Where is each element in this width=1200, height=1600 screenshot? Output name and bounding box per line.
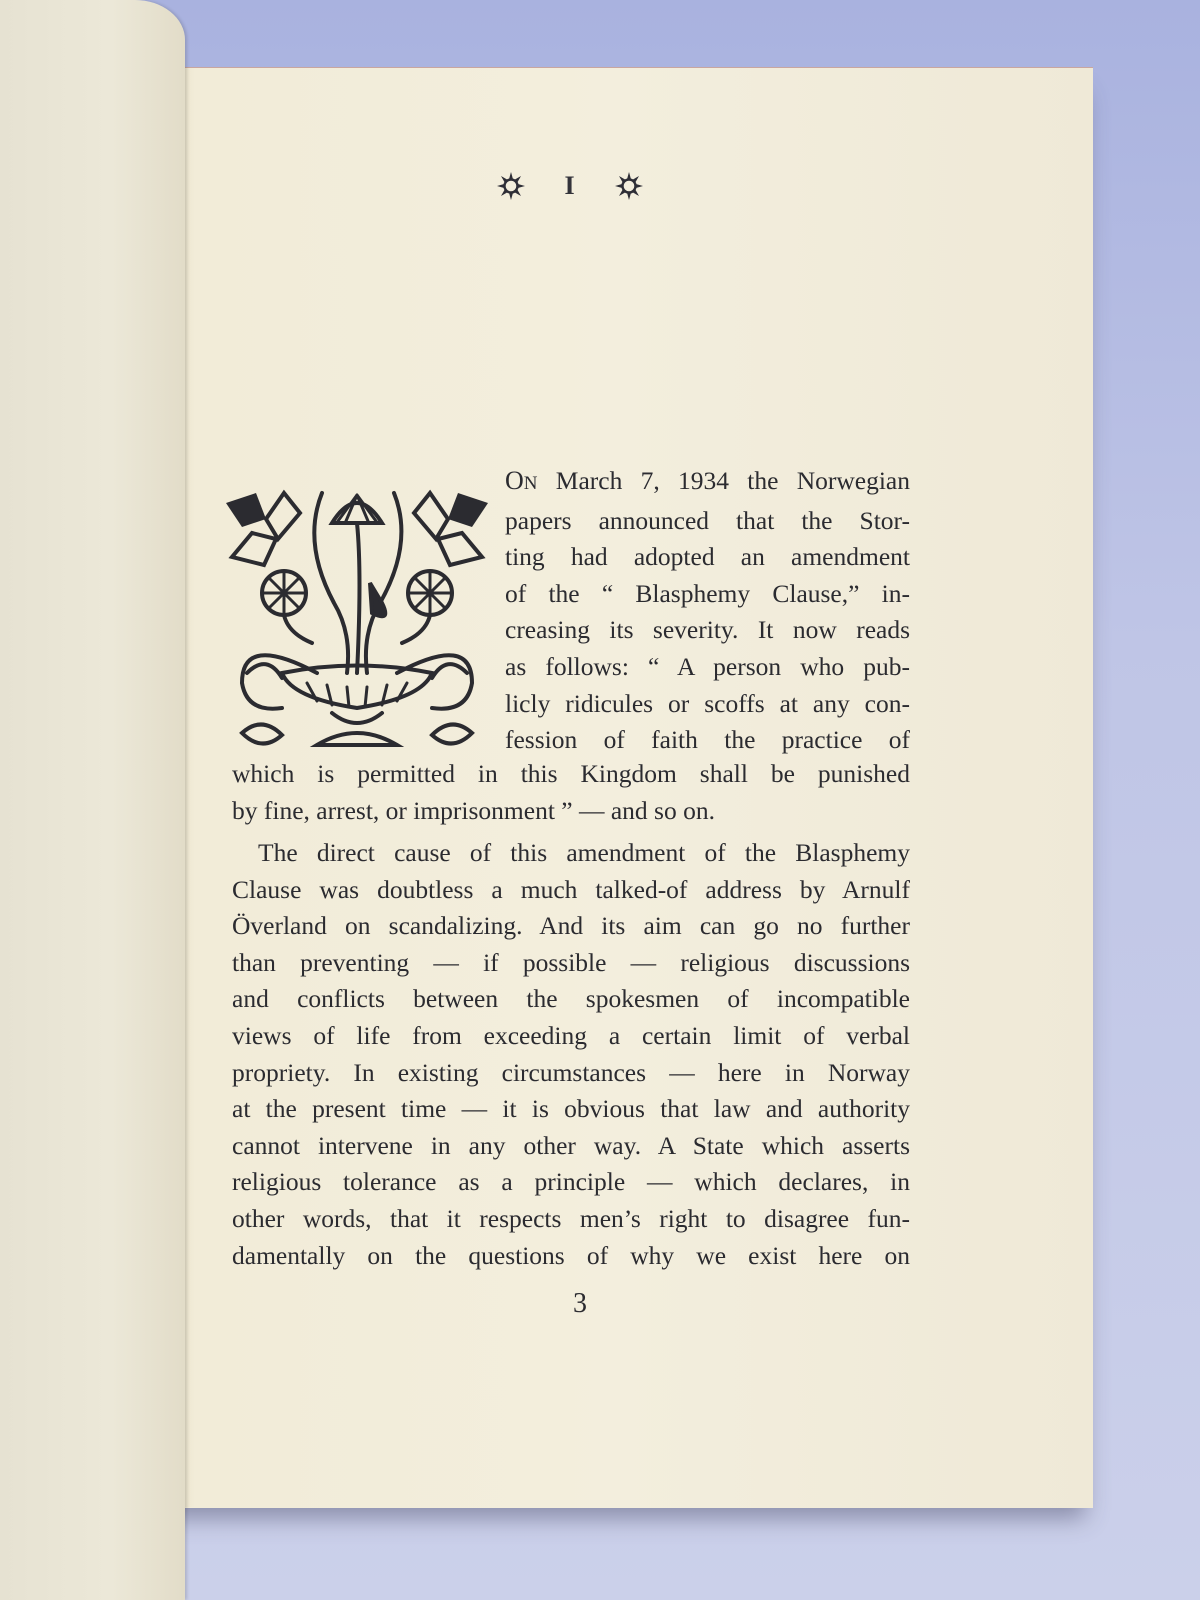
- text-line: at the present time — it is obvious that…: [232, 1091, 910, 1128]
- floral-urn-ornament-icon: [222, 483, 492, 755]
- text-line: other words, that it respects men’s righ…: [232, 1201, 910, 1238]
- text-line: ON March 7, 1934 the Norwegian: [505, 463, 910, 503]
- text-line: cannot intervene in any other way. A Sta…: [232, 1128, 910, 1165]
- text-line: than preventing — if possible — religiou…: [232, 945, 910, 982]
- text-line: papers announced that the Stor-: [505, 503, 910, 540]
- paragraph-1-full: which is permitted in this Kingdom shall…: [232, 756, 910, 829]
- paragraph-2: The direct cause of this amendment of th…: [232, 835, 910, 1274]
- text-line: views of life from exceeding a certain l…: [232, 1018, 910, 1055]
- text-line: The direct cause of this amendment of th…: [232, 835, 910, 872]
- text-line: by fine, arrest, or imprisonment ” — and…: [232, 793, 910, 830]
- text-line: religious tolerance as a principle — whi…: [232, 1164, 910, 1201]
- text-line: damentally on the questions of why we ex…: [232, 1238, 910, 1275]
- text-line: as follows: “ A person who pub-: [505, 649, 910, 686]
- paragraph-1-wrapped: ON March 7, 1934 the Norwegian papers an…: [505, 463, 910, 759]
- text-line: Clause was doubtless a much talked-of ad…: [232, 872, 910, 909]
- text-line: and conflicts between the spokesmen of i…: [232, 981, 910, 1018]
- text-line: creasing its severity. It now reads: [505, 612, 910, 649]
- text-line: propriety. In existing circumstances — h…: [232, 1055, 910, 1092]
- text-line: of the “ Blasphemy Clause,” in-: [505, 576, 910, 613]
- small-caps-opening: ON: [505, 466, 538, 495]
- text-line: ting had adopted an amendment: [505, 539, 910, 576]
- chapter-heading: I: [480, 164, 660, 208]
- star-ornament-icon: [496, 171, 526, 201]
- text-line: which is permitted in this Kingdom shall…: [232, 756, 910, 793]
- chapter-number: I: [564, 171, 575, 201]
- left-page-leaf: [0, 0, 185, 1600]
- page-number: 3: [560, 1288, 600, 1320]
- text-line: licly ridicules or scoffs at any con-: [505, 686, 910, 723]
- text-line: Överland on scandalizing. And its aim ca…: [232, 908, 910, 945]
- text-line: fession of faith the practice of: [505, 722, 910, 759]
- star-ornament-icon: [614, 171, 644, 201]
